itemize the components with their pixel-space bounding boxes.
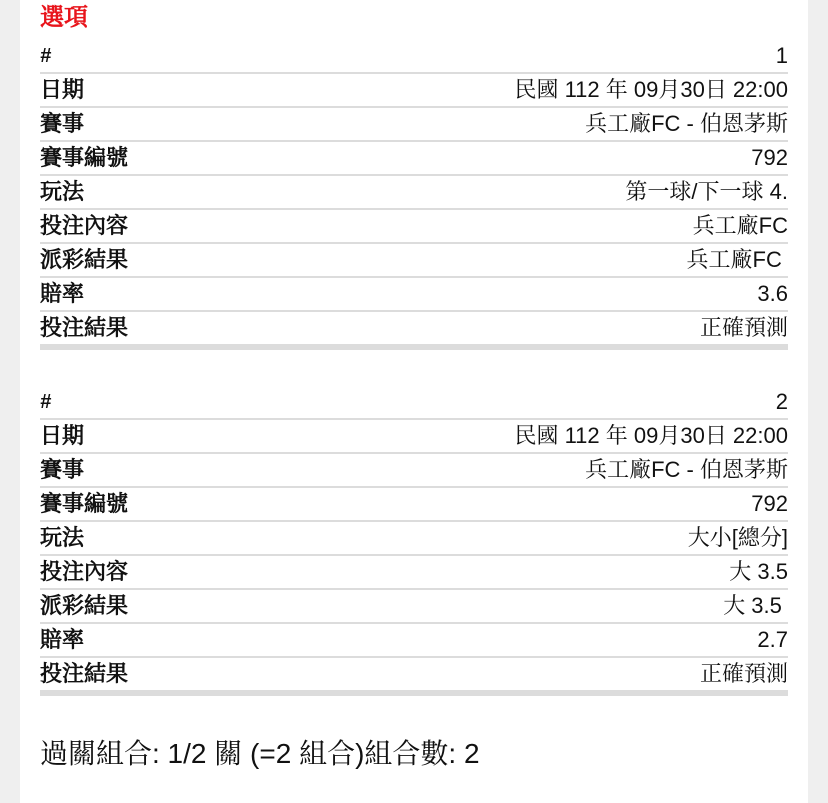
label: 玩法 bbox=[40, 524, 84, 552]
row-payout-result: 派彩結果大 3.5 bbox=[40, 590, 788, 624]
label: 賽事 bbox=[40, 110, 84, 138]
row-match-id: 賽事編號792 bbox=[40, 488, 788, 522]
row-odds: 賠率2.7 bbox=[40, 624, 788, 658]
row-odds: 賠率3.6 bbox=[40, 278, 788, 312]
label: # bbox=[40, 42, 51, 70]
selection-2: #2 日期民國 112 年 09月30日 22:00 賽事兵工廠FC - 伯恩茅… bbox=[40, 386, 788, 696]
row-date: 日期民國 112 年 09月30日 22:00 bbox=[40, 74, 788, 108]
section-title: 選項 bbox=[40, 2, 88, 34]
value: 正確預測 bbox=[700, 314, 788, 342]
row-bet-result: 投注結果正確預測 bbox=[40, 312, 788, 350]
value: 2 bbox=[776, 388, 788, 416]
value: 1 bbox=[776, 42, 788, 70]
value: 大小[總分] bbox=[688, 524, 788, 552]
label: # bbox=[40, 388, 51, 416]
bet-detail-card: 選項 #1 日期民國 112 年 09月30日 22:00 賽事兵工廠FC - … bbox=[20, 0, 808, 803]
selection-1: #1 日期民國 112 年 09月30日 22:00 賽事兵工廠FC - 伯恩茅… bbox=[40, 40, 788, 350]
value: 兵工廠FC bbox=[687, 246, 788, 274]
value: 大 3.5 bbox=[723, 592, 788, 620]
value: 3.6 bbox=[757, 280, 788, 308]
row-match: 賽事兵工廠FC - 伯恩茅斯 bbox=[40, 454, 788, 488]
row-bet-type: 玩法大小[總分] bbox=[40, 522, 788, 556]
label: 賽事編號 bbox=[40, 144, 128, 172]
label: 投注內容 bbox=[40, 558, 128, 586]
row-bet-result: 投注結果正確預測 bbox=[40, 658, 788, 696]
value: 兵工廠FC - 伯恩茅斯 bbox=[585, 456, 788, 484]
value: 兵工廠FC bbox=[693, 212, 788, 240]
label: 派彩結果 bbox=[40, 246, 128, 274]
value: 第一球/下一球 4. bbox=[625, 178, 788, 206]
row-bet-content: 投注內容兵工廠FC bbox=[40, 210, 788, 244]
row-payout-result: 派彩結果兵工廠FC bbox=[40, 244, 788, 278]
row-match: 賽事兵工廠FC - 伯恩茅斯 bbox=[40, 108, 788, 142]
label: 玩法 bbox=[40, 178, 84, 206]
label: 投注結果 bbox=[40, 314, 128, 342]
row-date: 日期民國 112 年 09月30日 22:00 bbox=[40, 420, 788, 454]
value: 2.7 bbox=[757, 626, 788, 654]
value: 792 bbox=[751, 490, 788, 518]
label: 賠率 bbox=[40, 280, 84, 308]
value: 大 3.5 bbox=[729, 558, 788, 586]
label: 投注內容 bbox=[40, 212, 128, 240]
row-number: #1 bbox=[40, 40, 788, 74]
label: 賽事編號 bbox=[40, 490, 128, 518]
value: 兵工廠FC - 伯恩茅斯 bbox=[585, 110, 788, 138]
label: 派彩結果 bbox=[40, 592, 128, 620]
value: 民國 112 年 09月30日 22:00 bbox=[514, 422, 788, 450]
label: 投注結果 bbox=[40, 660, 128, 688]
row-bet-type: 玩法第一球/下一球 4. bbox=[40, 176, 788, 210]
row-number: #2 bbox=[40, 386, 788, 420]
label: 賠率 bbox=[40, 626, 84, 654]
label: 日期 bbox=[40, 76, 84, 104]
value: 正確預測 bbox=[700, 660, 788, 688]
value: 792 bbox=[751, 144, 788, 172]
row-bet-content: 投注內容大 3.5 bbox=[40, 556, 788, 590]
parlay-summary: 過關組合: 1/2 關 (=2 組合)組合數: 2 bbox=[40, 734, 480, 774]
value: 民國 112 年 09月30日 22:00 bbox=[514, 76, 788, 104]
row-match-id: 賽事編號792 bbox=[40, 142, 788, 176]
label: 日期 bbox=[40, 422, 84, 450]
label: 賽事 bbox=[40, 456, 84, 484]
